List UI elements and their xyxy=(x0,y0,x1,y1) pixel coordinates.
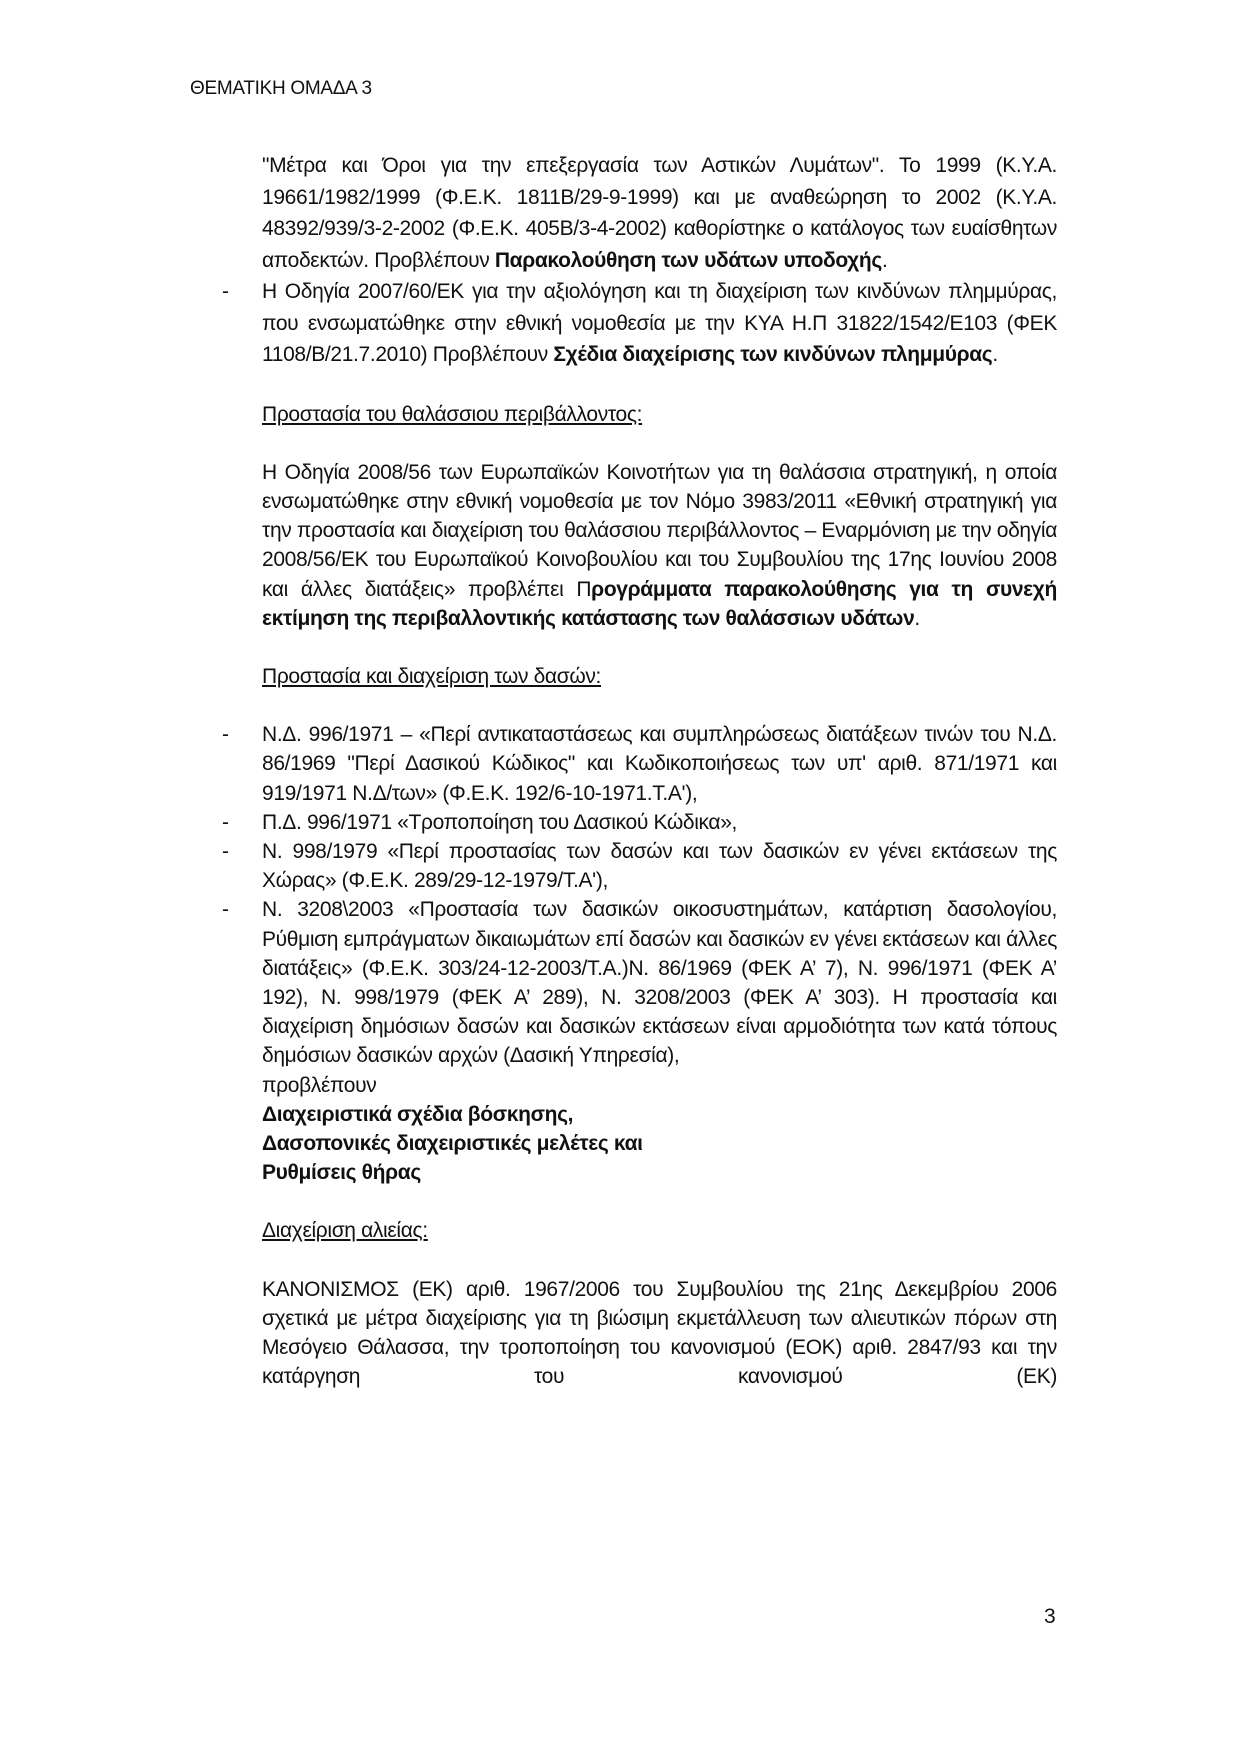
punctuation: . xyxy=(882,249,888,272)
provide-label: προβλέπουν xyxy=(262,1071,1057,1100)
punctuation: . xyxy=(914,607,920,630)
bold-emphasis: Δασοπονικές διαχειριστικές μελέτες και xyxy=(262,1132,643,1155)
paragraph-marine: Η Οδηγία 2008/56 των Ευρωπαϊκών Κοινοτήτ… xyxy=(262,458,1057,633)
page-number: 3 xyxy=(1044,1605,1056,1629)
paragraph-wastewater: "Μέτρα και Όροι για την επεξεργασία των … xyxy=(262,150,1057,276)
bullet-forest-law-4: Ν. 3208\2003 «Προστασία των δασικών οικο… xyxy=(262,895,1057,1070)
section-heading-fishing: Διαχείριση αλιείας: xyxy=(262,1216,1057,1245)
bullet-forest-law-1: Ν.Δ. 996/1971 – «Περί αντικαταστάσεως κα… xyxy=(262,720,1057,808)
section-heading-forests: Προστασία και διαχείριση των δασών: xyxy=(262,662,1057,691)
bold-emphasis: Παρακολούθηση των υδάτων υποδοχής xyxy=(495,249,882,272)
page-header: ΘΕΜΑΤΙΚΗ ΟΜΑΔΑ 3 xyxy=(190,78,372,100)
punctuation: . xyxy=(992,343,998,366)
section-heading-marine: Προστασία του θαλάσσιου περιβάλλοντος: xyxy=(262,400,1057,429)
paragraph-fishing: ΚΑΝΟΝΙΣΜΟΣ (ΕΚ) αριθ. 1967/2006 του Συμβ… xyxy=(262,1275,1057,1392)
document-body: "Μέτρα και Όροι για την επεξεργασία των … xyxy=(262,150,1057,1391)
bullet-forest-law-2: Π.Δ. 996/1971 «Τροποποίηση του Δασικού Κ… xyxy=(262,808,1057,837)
bold-emphasis: Σχέδια διαχείρισης των κινδύνων πλημμύρα… xyxy=(553,343,992,366)
forest-measure-1: Διαχειριστικά σχέδια βόσκησης, xyxy=(262,1100,1057,1129)
forest-measure-3: Ρυθμίσεις θήρας xyxy=(262,1158,1057,1187)
bold-emphasis: Διαχειριστικά σχέδια βόσκησης, xyxy=(262,1103,573,1126)
forest-measure-2: Δασοπονικές διαχειριστικές μελέτες και xyxy=(262,1129,1057,1158)
bold-emphasis: Ρυθμίσεις θήρας xyxy=(262,1161,421,1184)
bullet-forest-law-3: Ν. 998/1979 «Περί προστασίας των δασών κ… xyxy=(262,837,1057,895)
bullet-flood-directive: Η Οδηγία 2007/60/ΕΚ για την αξιολόγηση κ… xyxy=(262,276,1057,371)
